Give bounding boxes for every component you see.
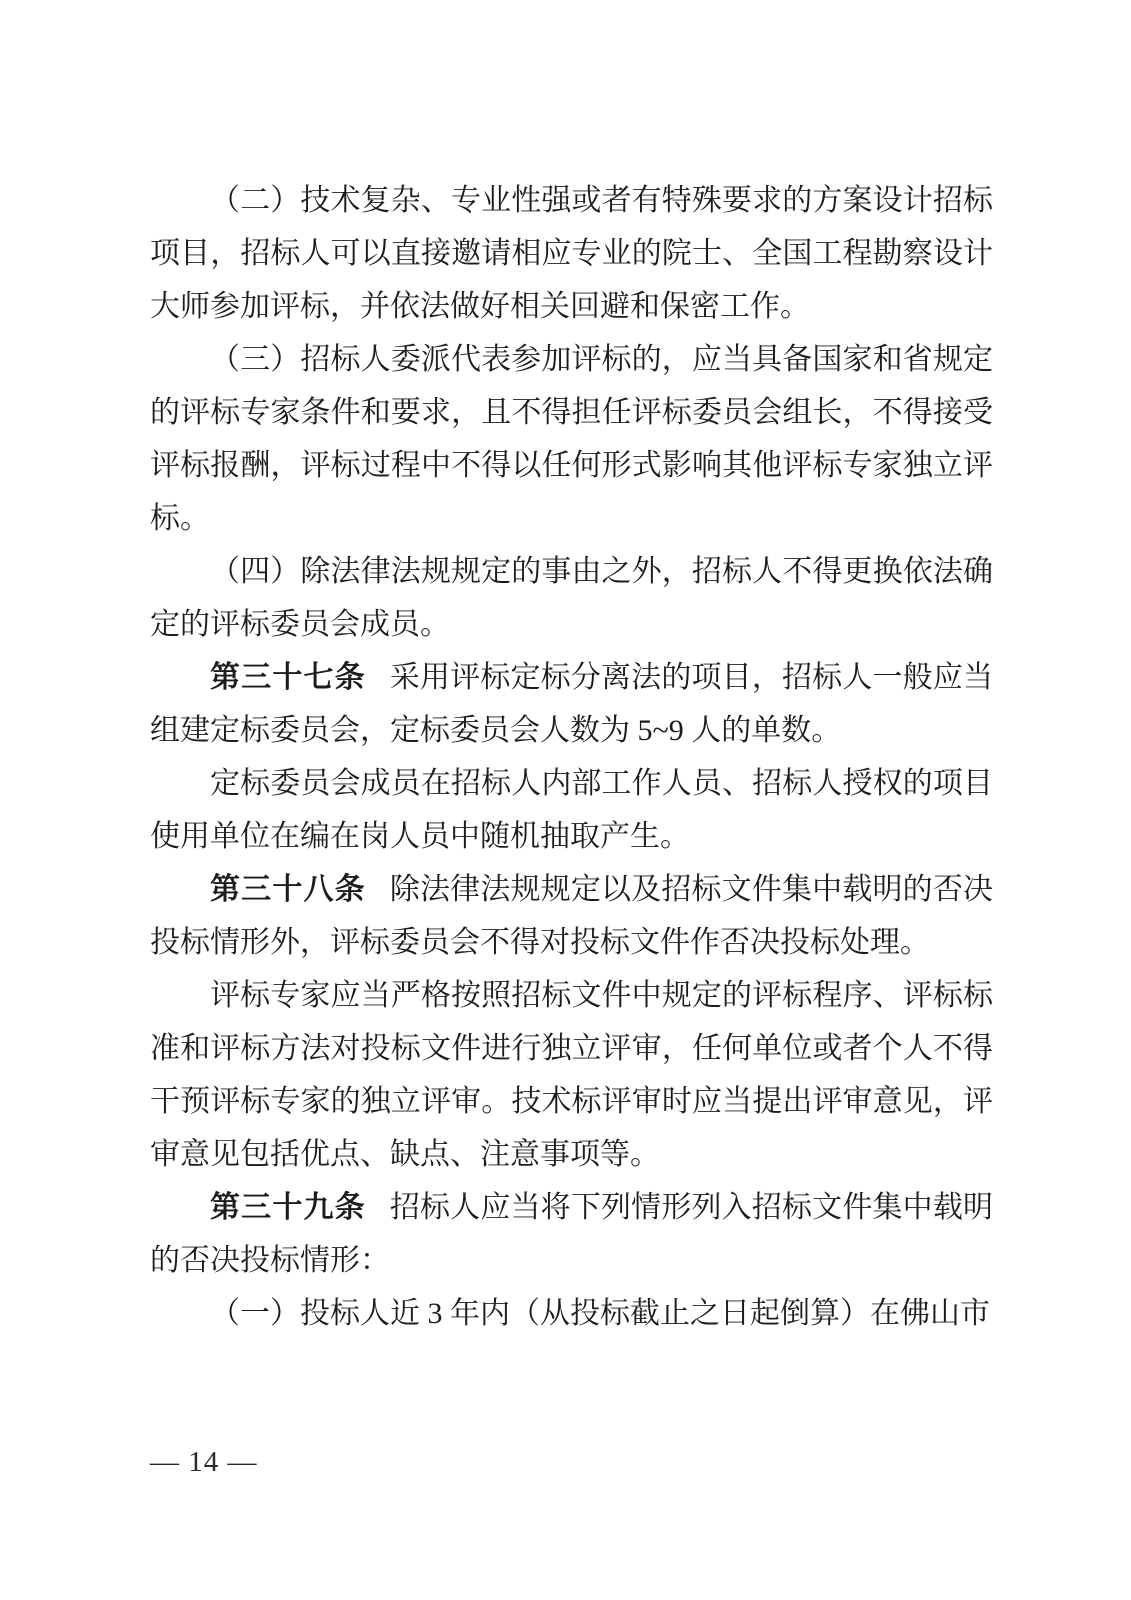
- article-number: 第三十八条: [210, 873, 366, 906]
- paragraph-text: 定标委员会成员在招标人内部工作人员、招标人授权的项目使用单位在编在岗人员中随机抽…: [150, 767, 993, 853]
- paragraph: 定标委员会成员在招标人内部工作人员、招标人授权的项目使用单位在编在岗人员中随机抽…: [150, 757, 993, 863]
- paragraph: 评标专家应当严格按照招标文件中规定的评标程序、评标标准和评标方法对投标文件进行独…: [150, 969, 993, 1181]
- article-number: 第三十七条: [210, 661, 366, 694]
- paragraph-text: （一）投标人近 3 年内（从投标截止之日起倒算）在佛山市: [210, 1297, 990, 1330]
- paragraph: 第三十八条除法律法规规定以及招标文件集中载明的否决投标情形外，评标委员会不得对投…: [150, 863, 993, 969]
- paragraph-text: （二）技术复杂、专业性强或者有特殊要求的方案设计招标项目，招标人可以直接邀请相应…: [150, 184, 993, 323]
- paragraph: （一）投标人近 3 年内（从投标截止之日起倒算）在佛山市: [150, 1287, 993, 1340]
- paragraph: （四）除法律法规规定的事由之外，招标人不得更换依法确定的评标委员会成员。: [150, 545, 993, 651]
- paragraph: 第三十七条采用评标定标分离法的项目，招标人一般应当组建定标委员会，定标委员会人数…: [150, 651, 993, 757]
- paragraph: 第三十九条招标人应当将下列情形列入招标文件集中载明的否决投标情形：: [150, 1181, 993, 1287]
- page-number-footer: — 14 —: [150, 1440, 258, 1484]
- document-page: （二）技术复杂、专业性强或者有特殊要求的方案设计招标项目，招标人可以直接邀请相应…: [0, 0, 1131, 1600]
- article-number: 第三十九条: [210, 1191, 366, 1224]
- paragraph: （二）技术复杂、专业性强或者有特殊要求的方案设计招标项目，招标人可以直接邀请相应…: [150, 174, 993, 333]
- paragraph-text: 评标专家应当严格按照招标文件中规定的评标程序、评标标准和评标方法对投标文件进行独…: [150, 979, 993, 1171]
- document-body: （二）技术复杂、专业性强或者有特殊要求的方案设计招标项目，招标人可以直接邀请相应…: [150, 174, 993, 1340]
- paragraph: （三）招标人委派代表参加评标的，应当具备国家和省规定的评标专家条件和要求，且不得…: [150, 333, 993, 545]
- paragraph-text: （四）除法律法规规定的事由之外，招标人不得更换依法确定的评标委员会成员。: [150, 555, 993, 641]
- paragraph-text: （三）招标人委派代表参加评标的，应当具备国家和省规定的评标专家条件和要求，且不得…: [150, 343, 993, 535]
